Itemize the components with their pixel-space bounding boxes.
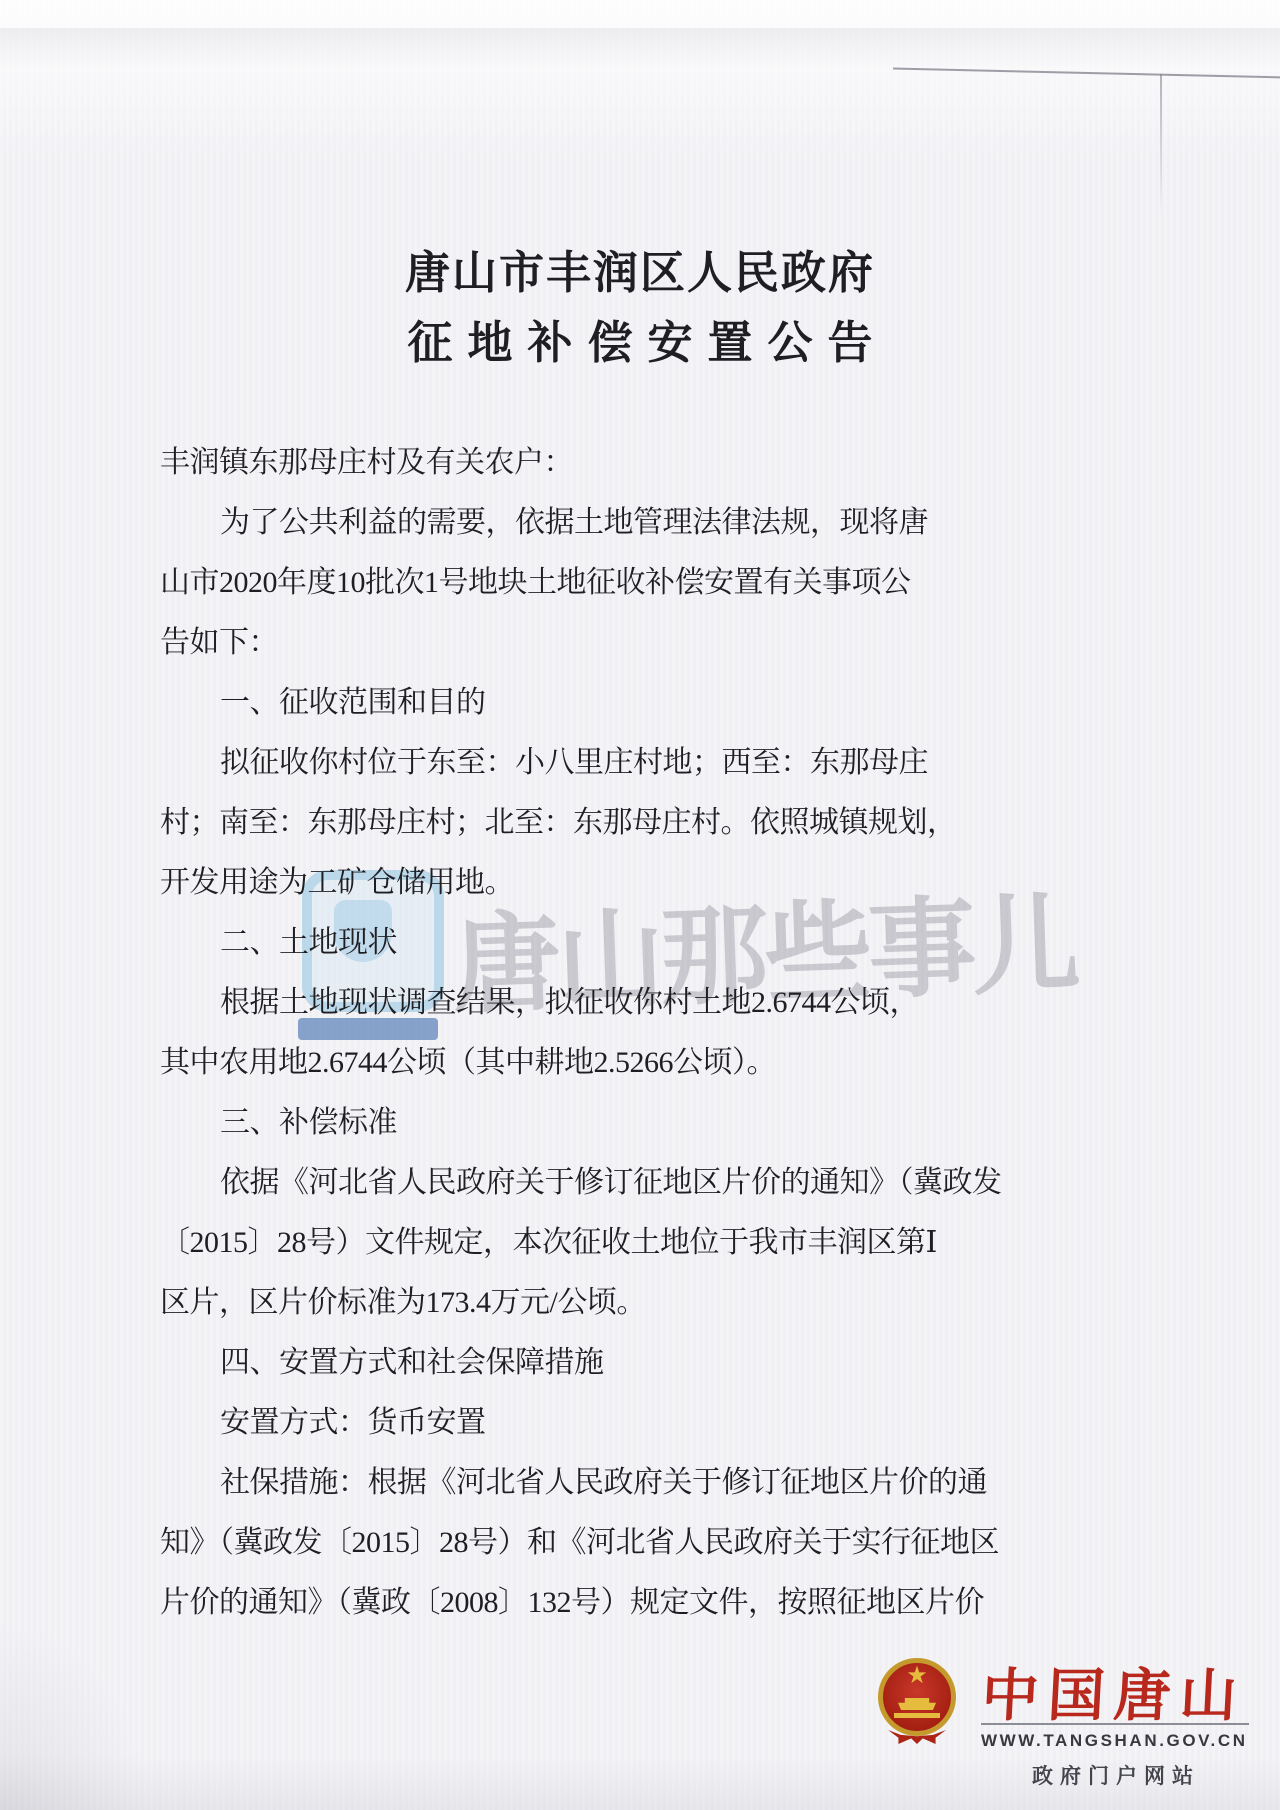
emblem-circle xyxy=(878,1658,956,1736)
text-line: 依据《河北省人民政府关于修订征地区片价的通知》（冀政发 xyxy=(160,1153,950,1213)
footer-divider xyxy=(981,1723,1249,1725)
site-url: WWW.TANGSHAN.GOV.CN xyxy=(981,1731,1261,1751)
text-line: 二、土地现状 xyxy=(160,913,950,973)
text-line: 村；南至：东那母庄村；北至：东那母庄村。依照城镇规划， xyxy=(160,793,950,853)
text-line: 丰润镇东那母庄村及有关农户： xyxy=(160,433,950,493)
emblem-star-icon: ★ xyxy=(878,1664,956,1688)
text-line: 知》（冀政发〔2015〕28号）和《河北省人民政府关于实行征地区 xyxy=(160,1513,950,1573)
text-line: 开发用途为工矿仓储用地。 xyxy=(160,853,950,913)
site-tagline: 政府门户网站 xyxy=(1032,1760,1200,1790)
emblem-ribbon xyxy=(888,1730,946,1744)
text-line: 拟征收你村位于东至：小八里庄村地；西至：东那母庄 xyxy=(160,733,950,793)
scanned-document-page: 唐山市丰润区人民政府 征地补偿安置公告 唐山那些事儿 丰润镇东那母庄村及有关农户… xyxy=(0,0,1280,1810)
scan-fold-line xyxy=(1160,74,1162,214)
scan-top-smudge xyxy=(0,28,1280,68)
document-title-line2: 征地补偿安置公告 xyxy=(0,306,1280,371)
document-body: 丰润镇东那母庄村及有关农户：为了公共利益的需要，依据土地管理法律法规，现将唐山市… xyxy=(160,433,950,1633)
text-line: 为了公共利益的需要，依据土地管理法律法规，现将唐 xyxy=(160,493,950,553)
text-line: 山市2020年度10批次1号地块土地征收补偿安置有关事项公 xyxy=(160,553,950,613)
text-line: 安置方式：货币安置 xyxy=(160,1393,950,1453)
text-line: 〔2015〕28号）文件规定，本次征收土地位于我市丰润区第Ⅰ xyxy=(160,1213,950,1273)
document-title-line1: 唐山市丰润区人民政府 xyxy=(0,236,1280,301)
scan-edge-line xyxy=(893,68,1280,79)
text-line: 四、安置方式和社会保障措施 xyxy=(160,1333,950,1393)
scan-corner-shadow xyxy=(0,1620,150,1810)
text-line: 三、补偿标准 xyxy=(160,1093,950,1153)
text-line: 一、征收范围和目的 xyxy=(160,673,950,733)
site-name: 中国唐山 xyxy=(980,1650,1254,1732)
text-line: 根据土地现状调查结果，拟征收你村土地2.6744公顷， xyxy=(160,973,950,1033)
text-line: 片价的通知》（冀政〔2008〕132号）规定文件，按照征地区片价 xyxy=(160,1573,950,1633)
text-line: 社保措施：根据《河北省人民政府关于修订征地区片价的通 xyxy=(160,1453,950,1513)
text-line: 其中农用地2.6744公顷（其中耕地2.5266公顷）。 xyxy=(160,1033,950,1093)
emblem-gate-base xyxy=(894,1713,940,1718)
emblem-gate-icon xyxy=(898,1698,936,1710)
china-national-emblem-icon: ★ xyxy=(878,1658,960,1753)
text-line: 告如下： xyxy=(160,613,950,673)
text-line: 区片，区片价标准为173.4万元/公顷。 xyxy=(160,1273,950,1333)
